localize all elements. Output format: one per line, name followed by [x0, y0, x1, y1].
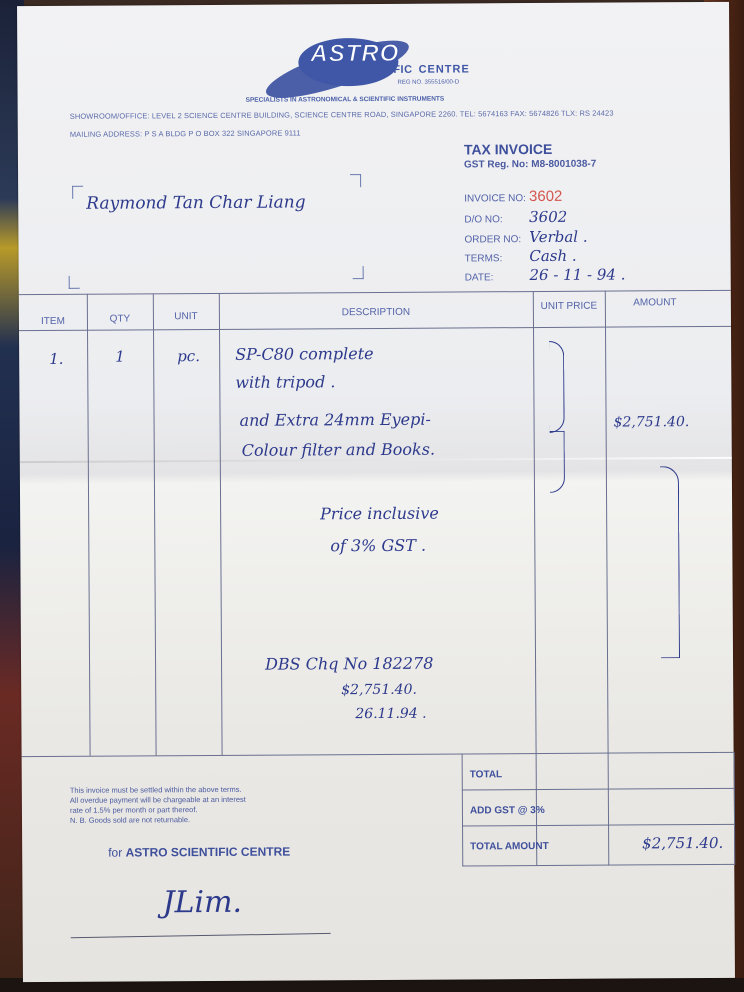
header-amount: AMOUNT: [605, 297, 705, 309]
item-unit: pc.: [177, 347, 200, 365]
invoice-no-label: INVOICE NO:: [464, 193, 526, 204]
note-line-1: Price inclusive: [320, 504, 439, 524]
terms-value: Cash .: [529, 247, 576, 265]
gst-label: ADD GST @ 3%: [470, 805, 545, 816]
for-company-line: for ASTRO SCIENTIFIC CENTRE: [108, 845, 290, 860]
logo-sub-1: SCIENTIFIC: [346, 64, 412, 76]
total-label: TOTAL: [470, 769, 502, 780]
for-company-name: ASTRO SCIENTIFIC CENTRE: [126, 845, 291, 860]
description-line-2: with tripod .: [235, 372, 335, 392]
total-amount-label: TOTAL AMOUNT: [470, 841, 549, 852]
showroom-address: SHOWROOM/OFFICE: LEVEL 2 SCIENCE CENTRE …: [70, 109, 614, 121]
address-bracket-bottom-left: [69, 276, 80, 289]
invoice-paper: ASTRO SCIENTIFICCENTRE REG NO. 355516/00…: [17, 2, 735, 982]
table-top-border: [19, 290, 731, 295]
description-line-3: and Extra 24mm Eyepi-: [240, 410, 431, 430]
terms-line-4: N. B. Goods sold are not returnable.: [70, 815, 246, 826]
order-no-value: Verbal .: [529, 228, 587, 246]
terms-row: TERMS: Cash .: [465, 247, 577, 266]
address-bracket-top-left: [72, 186, 83, 199]
payment-line-2: $2,751.40.: [341, 682, 417, 698]
header-unit: UNIT: [153, 311, 219, 322]
mailing-address: MAILING ADDRESS: P S A BLDG P O BOX 322 …: [70, 128, 301, 138]
table-header-border: [19, 326, 731, 331]
company-tagline: SPECIALISTS IN ASTRONOMICAL & SCIENTIFIC…: [246, 96, 445, 104]
payment-line-1: DBS Chq No 182278: [265, 654, 433, 674]
company-reg-no: REG NO. 355516/00-D: [397, 79, 459, 85]
do-no-label: D/O NO:: [464, 214, 526, 225]
header-description: DESCRIPTION: [219, 306, 533, 319]
items-table: ITEM QTY UNIT DESCRIPTION UNIT PRICE AMO…: [19, 290, 734, 764]
item-qty: 1: [115, 348, 125, 366]
address-bracket-bottom-right: [353, 266, 364, 279]
invoice-no-value: 3602: [529, 188, 562, 205]
totals-divider-2: [462, 824, 734, 827]
logo-text-sub: SCIENTIFICCENTRE: [346, 63, 469, 76]
col-divider-3: [219, 293, 223, 755]
description-line-1: SP-C80 complete: [235, 344, 374, 364]
bracket-mark-lower: [550, 431, 565, 493]
logo-sub-2: CENTRE: [419, 63, 470, 75]
col-divider-2: [153, 293, 157, 755]
header-qty: QTY: [87, 313, 153, 324]
bracket-mark-amount: [660, 466, 680, 658]
note-line-2: of 3% GST .: [330, 536, 426, 556]
signature-line: [71, 933, 331, 938]
order-no-label: ORDER NO:: [464, 234, 526, 245]
invoice-title: TAX INVOICE: [464, 141, 553, 158]
signature: JLim.: [162, 885, 242, 920]
terms-line-2: All overdue payment will be chargeable a…: [70, 795, 246, 806]
date-value: 26 - 11 - 94 .: [529, 265, 625, 284]
order-no-row: ORDER NO: Verbal .: [464, 228, 587, 247]
for-prefix: for: [108, 846, 122, 860]
col-divider-1: [87, 294, 91, 756]
col-divider-5: [605, 291, 610, 866]
terms-label: TERMS:: [465, 253, 527, 264]
totals-bottom-border: [462, 864, 734, 867]
table-bottom-border: [22, 752, 734, 757]
header-unit-price: UNIT PRICE: [533, 301, 605, 312]
address-bracket-top-right: [350, 174, 361, 187]
do-no-row: D/O NO: 3602: [464, 208, 567, 227]
date-row: DATE: 26 - 11 - 94 .: [465, 265, 626, 284]
gst-reg-no: GST Reg. No: M8-8001038-7: [464, 159, 596, 171]
payment-line-3: 26.11.94 .: [355, 706, 426, 722]
header-item: ITEM: [19, 316, 87, 327]
bracket-mark-upper: [549, 341, 565, 433]
do-no-value: 3602: [529, 208, 567, 226]
totals-divider-1: [462, 788, 734, 791]
customer-name: Raymond Tan Char Liang: [86, 192, 305, 213]
description-line-4: Colour filter and Books.: [242, 440, 435, 460]
payment-terms-note: This invoice must be settled within the …: [70, 785, 246, 826]
total-amount-value: $2,751.40.: [642, 834, 723, 852]
item-amount: $2,751.40.: [614, 414, 690, 430]
date-label: DATE:: [465, 272, 527, 283]
col-divider-4: [533, 291, 538, 866]
invoice-no-row: INVOICE NO: 3602: [464, 188, 562, 206]
totals-left-border: [462, 753, 464, 866]
item-number: 1.: [49, 350, 63, 368]
